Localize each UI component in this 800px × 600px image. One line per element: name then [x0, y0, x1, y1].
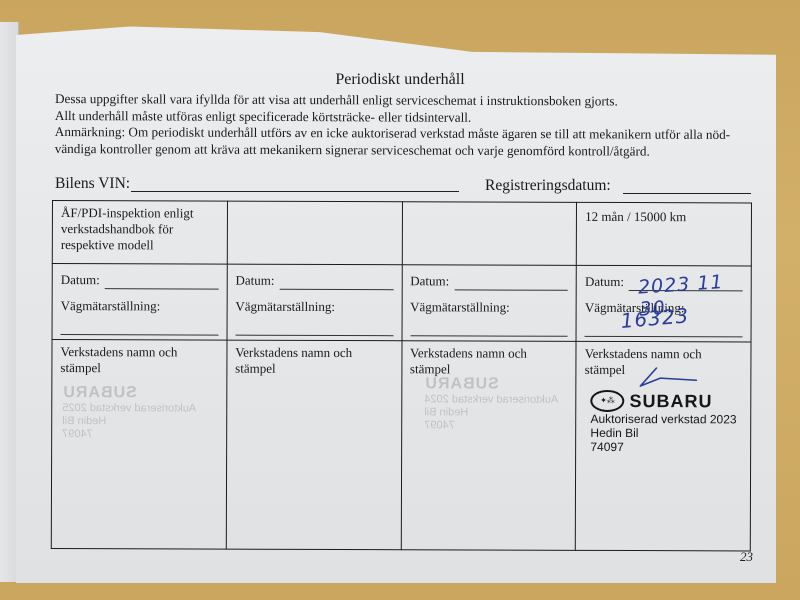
workshop-stamp: ✦⁂ SUBARU Auktoriserad verkstad 2023 Hed…: [590, 390, 736, 455]
table-row-headers: ÅF/PDI-inspektion enligt verkstadshandbo…: [52, 201, 751, 266]
intro-text: Dessa uppgifter skall vara ifyllda för a…: [55, 91, 755, 160]
date-field[interactable]: Datum:: [410, 273, 568, 296]
column-header: ÅF/PDI-inspektion enligt verkstadshandbo…: [61, 205, 219, 254]
stamp-label: Verkstadens namn och stämpel: [60, 344, 218, 377]
odometer-field[interactable]: [61, 324, 219, 336]
vin-label: Bilens VIN:: [55, 175, 130, 193]
stamp-label: Verkstadens namn och stämpel: [235, 345, 393, 378]
date-odometer-cell: Datum: Vägmätarställning:: [52, 264, 227, 341]
header-cell: [227, 201, 402, 265]
registration-date-field[interactable]: [623, 193, 751, 194]
stamp-line: 74097: [590, 440, 736, 455]
intro-line: vändiga kontroller genom att kräva att m…: [55, 140, 755, 160]
stamp-label: Verkstadens namn och stämpel: [410, 345, 568, 378]
date-odometer-cell: Datum: 2023 11 30 Vägmätarställning: 163…: [576, 265, 751, 342]
odometer-field[interactable]: [235, 325, 393, 337]
vin-field[interactable]: [131, 191, 459, 192]
table-row-stamps: Verkstadens namn och stämpel SUBARU Aukt…: [51, 340, 751, 551]
stamp-cell: Verkstadens namn och stämpel: [226, 340, 401, 550]
date-field[interactable]: Datum:: [235, 273, 393, 296]
header-cell: [402, 202, 577, 266]
column-header: [410, 206, 568, 207]
odometer-label: Vägmätarställning:: [61, 298, 219, 321]
column-header: [236, 206, 394, 207]
date-field[interactable]: Datum:: [61, 272, 219, 295]
header-cell: 12 mån / 15000 km: [577, 202, 752, 266]
stamp-cell: Verkstadens namn och stämpel SUBARU Aukt…: [51, 340, 226, 550]
odometer-field[interactable]: [410, 325, 568, 337]
stamp-cell: Verkstadens namn och stämpel SUBARU Aukt…: [401, 341, 576, 551]
header-cell: ÅF/PDI-inspektion enligt verkstadshandbo…: [52, 201, 227, 265]
odometer-label: Vägmätarställning:: [410, 299, 568, 322]
date-field[interactable]: Datum: 2023 11 30: [585, 274, 743, 297]
vin-registration-row: Bilens VIN: Registreringsdatum:: [55, 175, 755, 197]
table-row-date-odometer: Datum: Vägmätarställning: Datum: Vägmäta…: [52, 264, 751, 342]
maintenance-schedule-table: ÅF/PDI-inspektion enligt verkstadshandbo…: [51, 200, 752, 551]
stamp-line: Auktoriserad verkstad 2023: [590, 412, 736, 427]
page-title: Periodiskt underhåll: [0, 71, 800, 89]
date-odometer-cell: Datum: Vägmätarställning:: [402, 265, 577, 342]
stamp-line: Hedin Bil: [590, 426, 736, 441]
column-header: 12 mån / 15000 km: [585, 207, 743, 226]
signature-icon: [639, 366, 699, 388]
odometer-field[interactable]: 16323: [585, 326, 743, 338]
stamp-cell: Verkstadens namn och stämpel ✦⁂ SUBARU A…: [576, 341, 751, 551]
stamp-brand: SUBARU: [630, 391, 713, 412]
handwritten-odometer: 16323: [620, 303, 690, 333]
page-number: 23: [740, 549, 753, 565]
odometer-label: Vägmätarställning:: [235, 299, 393, 322]
show-through-stamp: SUBARU Auktoriserad verkstad 2025 Hedin …: [62, 384, 196, 441]
show-through-stamp: SUBARU Auktoriserad verkstad 2024 Hedin …: [424, 375, 558, 432]
date-odometer-cell: Datum: Vägmätarställning:: [227, 264, 402, 341]
registration-date-label: Registreringsdatum:: [485, 177, 611, 195]
subaru-logo-icon: ✦⁂: [591, 390, 625, 412]
